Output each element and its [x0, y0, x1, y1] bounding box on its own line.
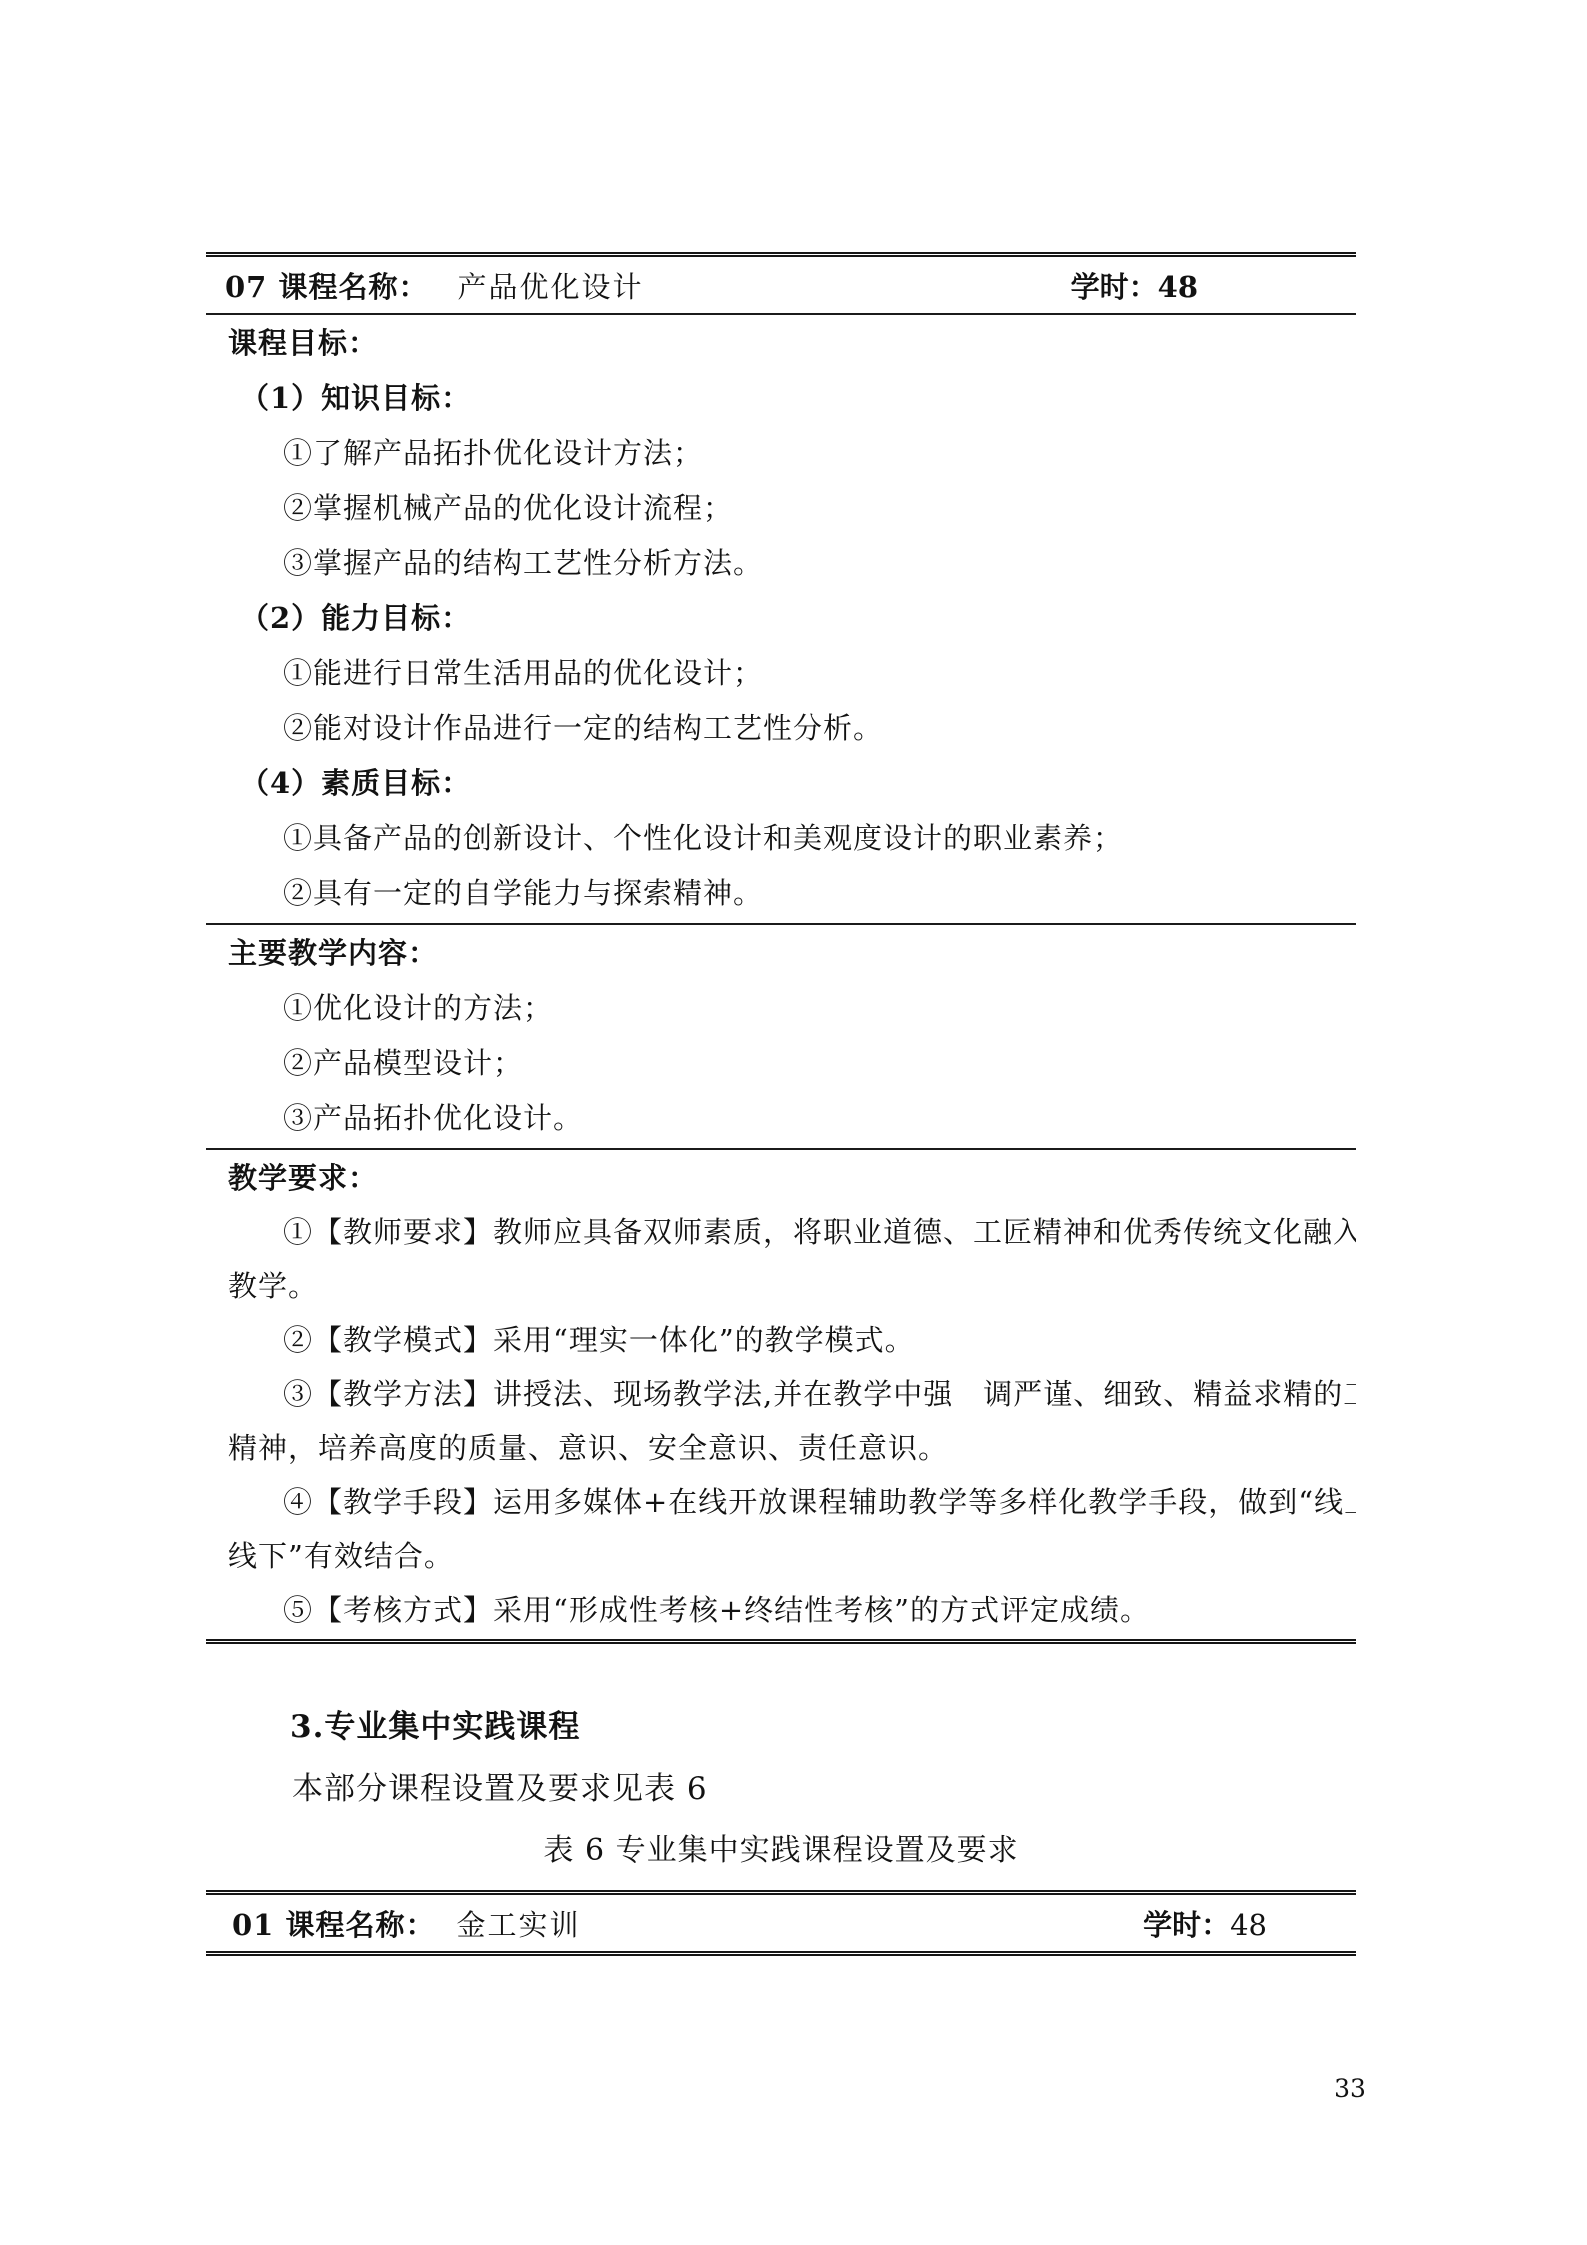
course-07-table: 07 课程名称： 产品优化设计 学时：48 课程目标： （1）知识目标： ①了解… — [206, 252, 1356, 1644]
hours-value: 48 — [1158, 270, 1198, 304]
course-01-header-row: 01 课程名称： 金工实训 学时：48 — [206, 1890, 1356, 1956]
text-line: 教学。 — [206, 1259, 1356, 1313]
text-line: （1）知识目标： — [206, 371, 1356, 426]
course-hours: 学时：48 — [1143, 1903, 1267, 1944]
course-objectives-section: 课程目标： （1）知识目标： ①了解产品拓扑优化设计方法； ②掌握机械产品的优化… — [206, 315, 1356, 925]
text-line: ①了解产品拓扑优化设计方法； — [206, 426, 1356, 481]
text-line: （2）能力目标： — [206, 591, 1356, 646]
section-intro-text: 本部分课程设置及要求见表 6 — [292, 1762, 708, 1817]
section-heading: 3.专业集中实践课程 — [290, 1700, 580, 1755]
text-line: ②具有一定的自学能力与探索精神。 — [206, 866, 1356, 921]
text-line: ②【教学模式】采用“理实一体化”的教学模式。 — [206, 1313, 1356, 1367]
text-line: ①优化设计的方法； — [206, 981, 1356, 1036]
text-line: 主要教学内容： — [206, 926, 1356, 981]
table6-caption: 表 6 专业集中实践课程设置及要求 — [206, 1823, 1356, 1878]
teaching-requirements-section: 教学要求： ①【教师要求】教师应具备双师素质，将职业道德、工匠精神和优秀传统文化… — [206, 1150, 1356, 1639]
course-hours: 学时：48 — [1071, 265, 1198, 306]
text-line: ④【教学手段】运用多媒体+在线开放课程辅助教学等多样化教学手段，做到“线上+ — [206, 1475, 1356, 1529]
text-line: ②产品模型设计； — [206, 1036, 1356, 1091]
course-number-label: 07 课程名称： — [225, 265, 428, 306]
hours-label: 学时： — [1143, 1908, 1230, 1942]
text-line: （4）素质目标： — [206, 756, 1356, 811]
text-line: 精神，培养高度的质量、意识、安全意识、责任意识。 — [206, 1421, 1356, 1475]
text-line: 课程目标： — [206, 316, 1356, 371]
text-line: ①能进行日常生活用品的优化设计； — [206, 646, 1356, 701]
text-line: ⑤【考核方式】采用“形成性考核+终结性考核”的方式评定成绩。 — [206, 1583, 1356, 1637]
text-line: ②能对设计作品进行一定的结构工艺性分析。 — [206, 701, 1356, 756]
teaching-content-section: 主要教学内容： ①优化设计的方法； ②产品模型设计； ③产品拓扑优化设计。 — [206, 925, 1356, 1150]
text-line: ③【教学方法】讲授法、现场教学法,并在教学中强 调严谨、细致、精益求精的工匠 — [206, 1367, 1356, 1421]
text-line: ③产品拓扑优化设计。 — [206, 1091, 1356, 1146]
document-page: 07 课程名称： 产品优化设计 学时：48 课程目标： （1）知识目标： ①了解… — [0, 0, 1587, 2245]
page-number: 33 — [1326, 2074, 1374, 2103]
hours-value: 48 — [1230, 1908, 1267, 1942]
text-line: 线下”有效结合。 — [206, 1529, 1356, 1583]
course-title: 产品优化设计 — [457, 265, 643, 306]
text-line: ①具备产品的创新设计、个性化设计和美观度设计的职业素养； — [206, 811, 1356, 866]
course-07-header-row: 07 课程名称： 产品优化设计 学时：48 — [206, 257, 1356, 315]
text-line: ②掌握机械产品的优化设计流程； — [206, 481, 1356, 536]
hours-label: 学时： — [1071, 270, 1158, 304]
text-line: 教学要求： — [206, 1151, 1356, 1205]
course-number-label: 01 课程名称： — [232, 1903, 435, 1944]
text-line: ③掌握产品的结构工艺性分析方法。 — [206, 536, 1356, 591]
course-title: 金工实训 — [456, 1903, 580, 1944]
text-line: ①【教师要求】教师应具备双师素质，将职业道德、工匠精神和优秀传统文化融入课程 — [206, 1205, 1356, 1259]
